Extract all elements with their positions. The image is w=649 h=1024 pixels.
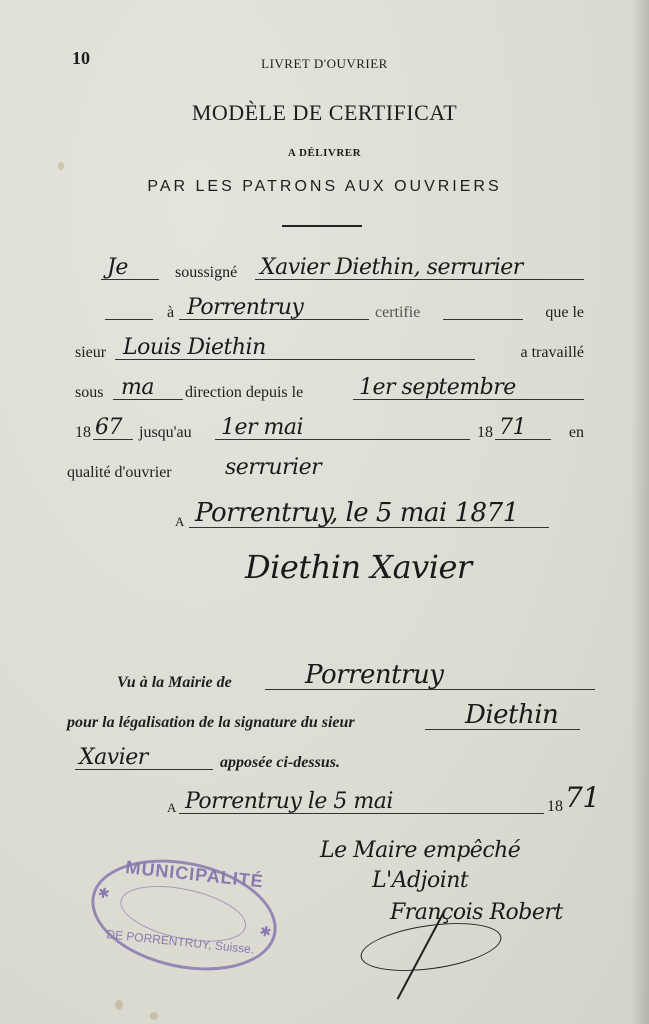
printed-year-prefix: 18 (547, 798, 563, 816)
printed-soussigne: soussigné (175, 264, 237, 282)
fill-line (443, 319, 523, 320)
handwritten-legal-year: 71 (565, 781, 600, 814)
cert-line-3: sieur Louis Diethin a travaillé (75, 332, 584, 366)
subtitle: PAR LES PATRONS AUX OUVRIERS (0, 178, 649, 196)
handwritten-start-year: 67 (95, 415, 122, 440)
handwritten-signatory-surname: Diethin (465, 700, 558, 730)
fill-line (105, 319, 153, 320)
stamp-star-icon: ✱ (96, 885, 111, 904)
handwritten-signatory-firstname: Xavier (79, 745, 148, 770)
printed-vu-mairie: Vu à la Mairie de (117, 674, 232, 692)
stamp-star-icon: ✱ (258, 923, 273, 942)
printed-a-cap: A (175, 514, 184, 530)
handwritten-place: Porrentruy (187, 295, 303, 320)
legal-line-1: Vu à la Mairie de Porrentruy (75, 662, 584, 696)
handwritten-worker-name: Louis Diethin (123, 335, 266, 360)
printed-direction: direction depuis le (185, 384, 303, 402)
signoff-maire: Le Maire empêché (320, 838, 520, 863)
handwritten-legal-date: Porrentruy le 5 mai (185, 789, 393, 814)
cert-line-2: à Porrentruy certifie que le (75, 292, 584, 326)
printed-sieur: sieur (75, 344, 106, 362)
printed-sous: sous (75, 384, 103, 402)
running-head: LIVRET D'OUVRIER (0, 56, 649, 72)
handwritten-start-date: 1er septembre (359, 375, 516, 400)
cert-line-4: sous ma direction depuis le 1er septembr… (75, 372, 584, 406)
paper-stain (115, 1000, 123, 1010)
printed-a-cap: A (167, 800, 176, 816)
cert-line-1: Je soussigné Xavier Diethin, serrurier (75, 252, 584, 286)
document-page: 10 LIVRET D'OUVRIER MODÈLE DE CERTIFICAT… (0, 0, 649, 1024)
printed-que-le: que le (545, 304, 584, 322)
printed-jusquau: jusqu'au (139, 424, 192, 442)
subtitle-small: A DÉLIVRER (0, 147, 649, 159)
cert-line-5: 18 67 jusqu'au 1er mai 18 71 en (75, 412, 584, 446)
printed-a-travaille: a travaillé (520, 344, 584, 362)
legal-place-date: A Porrentruy le 5 mai 18 71 (75, 786, 584, 820)
printed-apposee: apposée ci-dessus. (220, 754, 340, 772)
handwritten-place-date: Porrentruy, le 5 mai 1871 (195, 498, 519, 528)
handwritten-je: Je (107, 255, 128, 280)
printed-certifie: certifie (375, 304, 420, 322)
handwritten-name-occupation: Xavier Diethin, serrurier (260, 255, 523, 280)
printed-legalisation: pour la légalisation de la signature du … (67, 714, 355, 732)
handwritten-end-date: 1er mai (221, 415, 303, 440)
employer-signature: Diethin Xavier (245, 548, 472, 586)
municipal-stamp: MUNICIPALITÉ DE PORRENTRUY, Suisse. ✱ ✱ (81, 844, 287, 987)
handwritten-mairie-place: Porrentruy (305, 660, 443, 690)
printed-year-prefix-2: 18 (477, 424, 493, 442)
cert-place-date: A Porrentruy, le 5 mai 1871 (75, 500, 584, 534)
handwritten-ma: ma (121, 375, 154, 400)
paper-stain (58, 162, 64, 170)
printed-a: à (167, 304, 174, 322)
handwritten-end-year: 71 (499, 415, 526, 440)
signature-flourish (358, 915, 505, 978)
printed-year-prefix: 18 (75, 424, 91, 442)
document-title: MODÈLE DE CERTIFICAT (0, 100, 649, 126)
signoff-adjoint: L'Adjoint (372, 868, 468, 893)
cert-line-6: qualité d'ouvrier serrurier (75, 452, 584, 486)
legal-line-3: Xavier apposée ci-dessus. (75, 742, 584, 776)
legal-line-2: pour la légalisation de la signature du … (75, 702, 584, 736)
printed-qualite: qualité d'ouvrier (67, 464, 172, 482)
handwritten-trade: serrurier (225, 455, 321, 480)
signoff-name: François Robert (390, 900, 563, 925)
paper-stain (150, 1012, 158, 1020)
printed-en: en (569, 424, 584, 442)
title-rule (282, 225, 362, 227)
